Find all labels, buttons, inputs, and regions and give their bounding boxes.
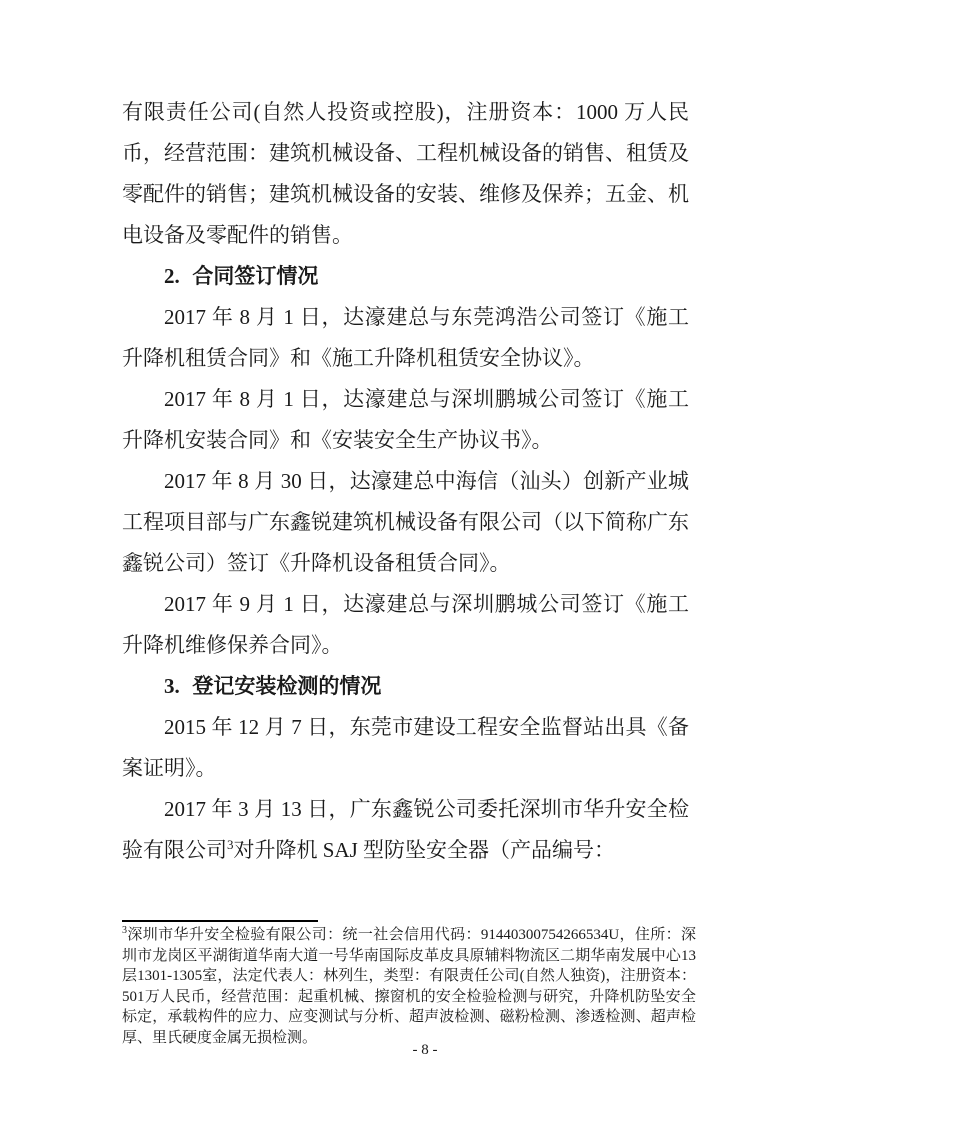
body-text: 有限责任公司(自然人投资或控股)，注册资本：1000 万人民币，经营范围：建筑机…	[122, 92, 689, 871]
section-heading-contracts: 2.合同签订情况	[122, 256, 689, 297]
section-heading-title: 登记安装检测的情况	[192, 674, 381, 698]
document-page: 有限责任公司(自然人投资或控股)，注册资本：1000 万人民币，经营范围：建筑机…	[0, 0, 960, 1122]
section-heading-number: 2.	[164, 264, 180, 288]
paragraph-inspection-post: 对升降机 SAJ 型防坠安全器（产品编号：	[234, 838, 616, 862]
paragraph-contract-xinrui: 2017 年 8 月 30 日，达濠建总中海信（汕头）创新产业城工程项目部与广东…	[122, 461, 689, 584]
paragraph-inspection: 2017 年 3 月 13 日，广东鑫锐公司委托深圳市华升安全检验有限公司3对升…	[122, 789, 689, 871]
paragraph-company-scope: 有限责任公司(自然人投资或控股)，注册资本：1000 万人民币，经营范围：建筑机…	[122, 92, 689, 256]
paragraph-record-cert: 2015 年 12 月 7 日，东莞市建设工程安全监督站出具《备案证明》。	[122, 707, 689, 789]
footnote: 3深圳市华升安全检验有限公司：统一社会信用代码：9144030075426653…	[122, 925, 696, 1048]
paragraph-contract-maintain: 2017 年 9 月 1 日，达濠建总与深圳鹏城公司签订《施工升降机维修保养合同…	[122, 584, 689, 666]
footnote-separator	[122, 920, 318, 922]
paragraph-contract-rent: 2017 年 8 月 1 日，达濠建总与东莞鸿浩公司签订《施工升降机租赁合同》和…	[122, 297, 689, 379]
section-heading-title: 合同签订情况	[192, 264, 318, 288]
section-heading-registration: 3.登记安装检测的情况	[122, 666, 689, 707]
paragraph-contract-install: 2017 年 8 月 1 日，达濠建总与深圳鹏城公司签订《施工升降机安装合同》和…	[122, 379, 689, 461]
section-heading-number: 3.	[164, 674, 180, 698]
page-number: - 8 -	[122, 1040, 728, 1060]
footnote-text: 深圳市华升安全检验有限公司：统一社会信用代码：91440300754266534…	[122, 927, 696, 1046]
